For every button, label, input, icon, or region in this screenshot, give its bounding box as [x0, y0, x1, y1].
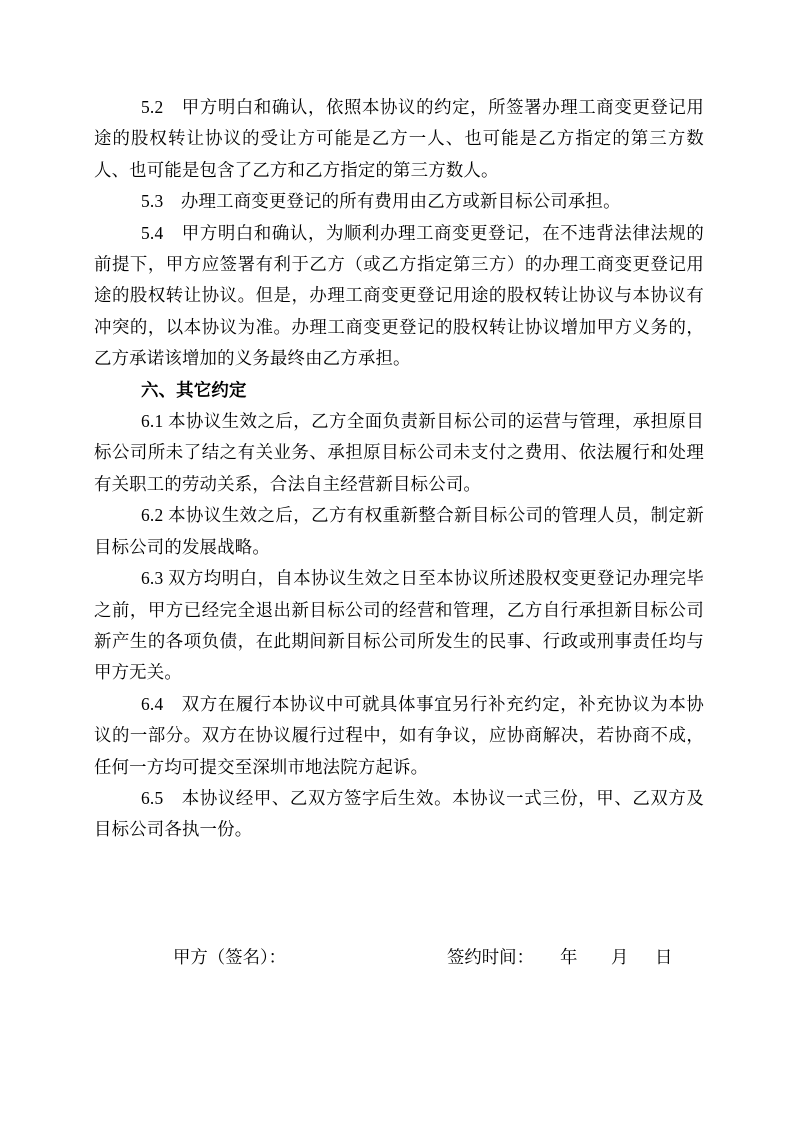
clause-5-3: 5.3 办理工商变更登记的所有费用由乙方或新目标公司承担。 [94, 186, 704, 217]
clause-5-2: 5.2 甲方明白和确认，依照本协议的约定，所签署办理工商变更登记用途的股权转让协… [94, 92, 704, 186]
clause-6-5: 6.5 本协议经甲、乙双方签字后生效。本协议一式三份，甲、乙双方及目标公司各执一… [94, 783, 704, 846]
document-page: 5.2 甲方明白和确认，依照本协议的约定，所签署办理工商变更登记用途的股权转让协… [0, 0, 793, 1122]
year-label: 年 [560, 941, 577, 973]
clause-6-3: 6.3 双方均明白，自本协议生效之日至本协议所述股权变更登记办理完毕之前，甲方已… [94, 563, 704, 689]
month-label: 月 [611, 941, 628, 973]
clause-6-1: 6.1 本协议生效之后，乙方全面负责新目标公司的运营与管理，承担原目标公司所未了… [94, 406, 704, 500]
section-heading-6: 六、其它约定 [94, 375, 704, 406]
contract-body: 5.2 甲方明白和确认，依照本协议的约定，所签署办理工商变更登记用途的股权转让协… [94, 92, 704, 846]
clause-6-2: 6.2 本协议生效之后，乙方有权重新整合新目标公司的管理人员，制定新目标公司的发… [94, 500, 704, 563]
clause-5-4: 5.4 甲方明白和确认，为顺利办理工商变更登记，在不违背法律法规的前提下，甲方应… [94, 218, 704, 375]
clause-6-4: 6.4 双方在履行本协议中可就具体事宜另行补充约定，补充协议为本协议的一部分。双… [94, 689, 704, 783]
party-a-signature-label: 甲方（签名）： [173, 941, 286, 973]
day-label: 日 [655, 941, 672, 973]
sign-date-label: 签约时间： [447, 941, 534, 973]
signature-block: 甲方（签名）： 签约时间： 年 月 日 [0, 941, 793, 973]
